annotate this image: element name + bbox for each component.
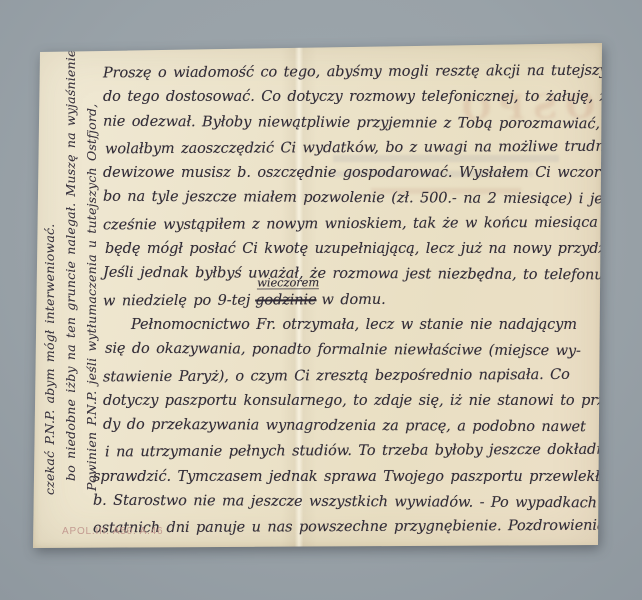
- letter-line: dotyczy paszportu konsularnego, to zdaje…: [103, 389, 608, 414]
- line-text: w domu.: [321, 292, 385, 308]
- inserted-word: wieczorem: [257, 277, 319, 289]
- letter-line: b. Starostwo nie ma jeszcze wszystkich w…: [93, 489, 608, 517]
- letter-line: się do okazywania, ponadto formalnie nie…: [105, 337, 608, 365]
- letter-body: Proszę o wiadomość co tego, abyśmy mogli…: [103, 60, 608, 541]
- letter-paper: OSPO Proszę o wiadomość co tego, abyśmy …: [33, 43, 602, 548]
- letter-line-with-correction: w niedzielę po 9-tejwieczoremgodziniew d…: [103, 286, 608, 314]
- letter-line: dewizowe musisz b. oszczędnie gospodarow…: [103, 161, 608, 186]
- letter-line: dy do przekazywania wynagrodzenia za pra…: [103, 413, 608, 441]
- letter-line: cześnie wystąpiłem z nowym wnioskiem, ta…: [103, 210, 608, 238]
- struck-word: godzinie: [255, 292, 316, 308]
- letter-line: bo na tyle jeszcze miałem pozwolenie (zł…: [103, 185, 608, 213]
- letter-line: Proszę o wiadomość co tego, abyśmy mogli…: [103, 59, 608, 87]
- scan-background: OSPO Proszę o wiadomość co tego, abyśmy …: [0, 0, 642, 600]
- margin-annotation-line: Powinien P.N.P. jeśli wytłumaczenia u tu…: [81, 55, 102, 491]
- letter-line: ostatnich dni panuje u nas powszechne pr…: [93, 514, 608, 542]
- margin-annotation-line: czekać P.N.P. abym mógł interweniować.: [39, 55, 60, 495]
- letter-line: Jeśli jednak byłbyś uważał, że rozmowa j…: [103, 261, 608, 289]
- line-text: w niedzielę po 9-tej: [103, 292, 250, 309]
- letter-line: do tego dostosować. Co dotyczy rozmowy t…: [103, 85, 608, 110]
- letter-line: i na utrzymanie pełnych studiów. To trze…: [105, 438, 608, 466]
- letter-line: sprawdzić. Tymczasem jednak sprawa Twoje…: [93, 465, 608, 490]
- letter-line: Pełnomocnictwo Fr. otrzymała, lecz w sta…: [103, 313, 608, 338]
- paper-shadow: OSPO Proszę o wiadomość co tego, abyśmy …: [0, 0, 642, 600]
- catalog-number: APOL.III. A50. A.46: [62, 526, 163, 537]
- letter-line: nie odezwał. Byłoby niewątpliwie przyjem…: [103, 109, 608, 137]
- correction: wieczoremgodzinie: [255, 292, 316, 308]
- margin-annotation-line: bo niedobne iżby na ten gruncie nalegał.…: [60, 55, 81, 481]
- letter-line: wolałbym zaoszczędzić Ci wydatków, bo z …: [105, 135, 608, 163]
- margin-annotation: czekać P.N.P. abym mógł interweniować. b…: [39, 55, 105, 495]
- letter-line: będę mógł posłać Ci kwotę uzupełniającą,…: [105, 237, 608, 262]
- letter-line: stawienie Paryż), o czym Ci zresztą bezp…: [103, 362, 608, 390]
